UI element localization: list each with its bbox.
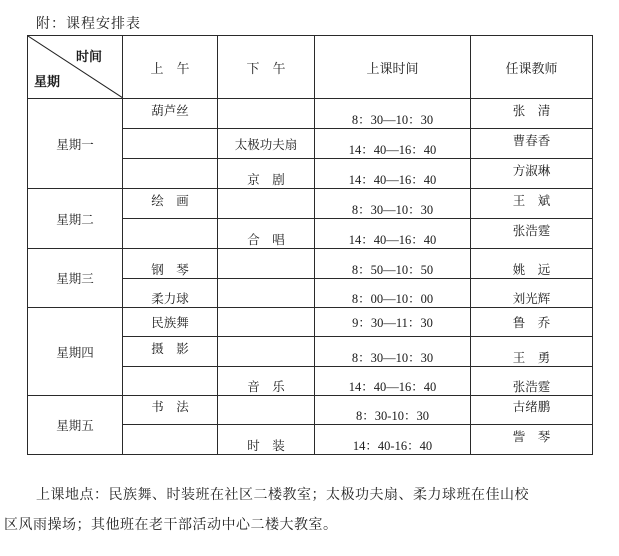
class-time: 8：30—10：30	[315, 100, 470, 128]
teacher-cell: 姚 远	[471, 249, 593, 279]
teacher-name: 刘光辉	[471, 279, 592, 307]
afternoon-cell: 时 装	[218, 425, 315, 455]
header-row: 时间 星期 上 午 下 午 上课时间 任课教师	[28, 36, 593, 99]
morning-cell	[123, 129, 218, 159]
afternoon-cell	[218, 308, 315, 337]
course-schedule-table: 时间 星期 上 午 下 午 上课时间 任课教师 星期一 葫芦丝 8：30—10：…	[27, 35, 593, 455]
time-cell: 14：40—16：40	[315, 129, 471, 159]
teacher-cell: 张浩霆	[471, 219, 593, 249]
header-teacher: 任课教师	[471, 36, 593, 99]
header-weekday-label: 星期	[34, 71, 60, 90]
teacher-name: 张 清	[471, 101, 592, 127]
teacher-cell: 古绪鹏	[471, 396, 593, 425]
class-time: 8：30-10：30	[315, 396, 470, 424]
morning-cell: 民族舞	[123, 308, 218, 337]
class-time: 14：40-16：40	[315, 426, 470, 454]
time-cell: 14：40—16：40	[315, 367, 471, 396]
afternoon-cell: 京 剧	[218, 159, 315, 189]
afternoon-cell	[218, 99, 315, 129]
teacher-name: 方淑琳	[471, 161, 592, 187]
table-row: 星期五 书 法 8：30-10：30 古绪鹏	[28, 396, 593, 425]
time-cell: 8：30—10：30	[315, 99, 471, 129]
diagonal-header-cell: 时间 星期	[28, 36, 123, 99]
class-time: 14：40—16：40	[315, 160, 470, 188]
teacher-cell: 王 斌	[471, 189, 593, 219]
table-row: 星期三 钢 琴 8：50—10：50 姚 远	[28, 249, 593, 279]
time-cell: 8：00—10：00	[315, 279, 471, 308]
day-cell-monday: 星期一	[28, 99, 123, 189]
time-cell: 8：30—10：30	[315, 189, 471, 219]
table-caption: 附：课程安排表	[36, 13, 141, 33]
course-name: 时 装	[218, 426, 314, 454]
course-name: 音 乐	[218, 367, 314, 395]
time-cell: 14：40-16：40	[315, 425, 471, 455]
table-row: 星期一 葫芦丝 8：30—10：30 张 清	[28, 99, 593, 129]
morning-cell: 钢 琴	[123, 249, 218, 279]
class-time: 14：40—16：40	[315, 130, 470, 158]
morning-cell: 摄 影	[123, 337, 218, 367]
course-name: 绘 画	[123, 191, 217, 217]
morning-cell: 绘 画	[123, 189, 218, 219]
afternoon-cell: 合 唱	[218, 219, 315, 249]
time-cell: 9：30—11：30	[315, 308, 471, 337]
header-time-label: 时间	[76, 46, 102, 65]
table-row: 星期二 绘 画 8：30—10：30 王 斌	[28, 189, 593, 219]
afternoon-cell	[218, 189, 315, 219]
class-time: 8：00—10：00	[315, 279, 470, 307]
course-name: 葫芦丝	[123, 101, 217, 127]
afternoon-cell	[218, 396, 315, 425]
header-afternoon: 下 午	[218, 36, 315, 99]
time-cell: 8：30—10：30	[315, 337, 471, 367]
day-cell-friday: 星期五	[28, 396, 123, 455]
morning-cell: 葫芦丝	[123, 99, 218, 129]
teacher-cell: 曹春香	[471, 129, 593, 159]
teacher-name: 姚 远	[471, 250, 592, 278]
class-time: 8：30—10：30	[315, 190, 470, 218]
day-cell-tuesday: 星期二	[28, 189, 123, 249]
morning-cell: 书 法	[123, 396, 218, 425]
teacher-cell: 方淑琳	[471, 159, 593, 189]
header-class-time: 上课时间	[315, 36, 471, 99]
day-cell-wednesday: 星期三	[28, 249, 123, 308]
teacher-name: 张浩霆	[471, 221, 592, 247]
header-morning: 上 午	[123, 36, 218, 99]
afternoon-cell: 太极功夫扇	[218, 129, 315, 159]
afternoon-cell: 音 乐	[218, 367, 315, 396]
teacher-cell: 张浩霆	[471, 367, 593, 396]
course-name: 合 唱	[218, 220, 314, 248]
time-cell: 14：40—16：40	[315, 159, 471, 189]
teacher-cell: 鲁 乔	[471, 308, 593, 337]
afternoon-cell	[218, 249, 315, 279]
course-name: 柔力球	[123, 279, 217, 307]
teacher-name: 王 斌	[471, 191, 592, 217]
class-time: 8：30—10：30	[315, 338, 470, 366]
course-name: 钢 琴	[123, 250, 217, 278]
teacher-name: 张浩霆	[471, 367, 592, 395]
table-row: 星期四 民族舞 9：30—11：30 鲁 乔	[28, 308, 593, 337]
morning-cell	[123, 219, 218, 249]
teacher-name: 訾 琴	[471, 427, 592, 453]
location-note-line-1: 上课地点：民族舞、时装班在社区二楼教室；太极功夫扇、柔力球班在佳山校	[36, 484, 619, 504]
time-cell: 14：40—16：40	[315, 219, 471, 249]
teacher-name: 王 勇	[471, 338, 592, 366]
afternoon-cell	[218, 337, 315, 367]
class-time: 14：40—16：40	[315, 367, 470, 395]
teacher-name: 古绪鹏	[471, 397, 592, 423]
course-name: 京 剧	[218, 160, 314, 188]
morning-cell: 柔力球	[123, 279, 218, 308]
morning-cell	[123, 159, 218, 189]
teacher-cell: 訾 琴	[471, 425, 593, 455]
class-time: 8：50—10：50	[315, 250, 470, 278]
teacher-cell: 张 清	[471, 99, 593, 129]
teacher-cell: 刘光辉	[471, 279, 593, 308]
teacher-name: 曹春香	[471, 131, 592, 157]
time-cell: 8：30-10：30	[315, 396, 471, 425]
course-name: 书 法	[123, 397, 217, 423]
location-note-line-2: 区风雨操场；其他班在老干部活动中心二楼大教室。	[4, 514, 619, 534]
teacher-cell: 王 勇	[471, 337, 593, 367]
class-time: 14：40—16：40	[315, 220, 470, 248]
morning-cell	[123, 367, 218, 396]
time-cell: 8：50—10：50	[315, 249, 471, 279]
morning-cell	[123, 425, 218, 455]
afternoon-cell	[218, 279, 315, 308]
course-name: 摄 影	[123, 339, 217, 365]
day-cell-thursday: 星期四	[28, 308, 123, 396]
